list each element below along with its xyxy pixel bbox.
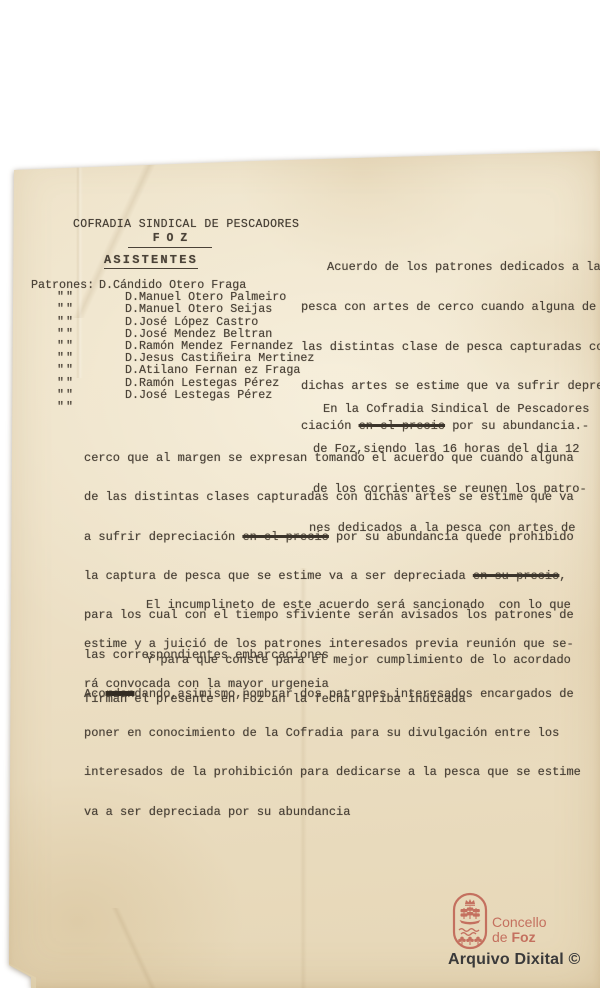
struck-text: en el precio: [242, 530, 328, 544]
text-line: de las distintas clases capturadas con d…: [84, 491, 600, 504]
ditto-mark: "": [31, 340, 125, 352]
text-line: En la Cofradia Sindical de Pescadores: [313, 403, 600, 416]
scanned-document-page: COFRADIA SINDICAL DE PESCADORES F O Z AS…: [0, 0, 600, 988]
attendee-name: D.José Lestegas Pérez: [125, 389, 272, 401]
attendee-row: "": [31, 401, 314, 413]
text-line: pesca con artes de cerco cuando alguna d…: [301, 301, 600, 314]
text-line: Y para que conste para el mejor cumplimi…: [84, 654, 600, 667]
ditto-mark: "": [31, 377, 125, 389]
text-line: firman el presente en Foz an la fecha ar…: [84, 693, 600, 706]
logo-line-1: Concello: [492, 915, 546, 930]
logo-line-2: de Foz: [492, 930, 546, 945]
attendees-heading: ASISTENTES: [104, 253, 198, 269]
text-line: las distintas clase de pesca capturadas …: [301, 341, 600, 354]
text-line: El incumplineto de este acuerdo será san…: [84, 599, 600, 612]
text-line: cerco que al margen se expresan tomando …: [84, 452, 600, 465]
ditto-mark: "": [31, 328, 125, 340]
corner-fold: [6, 953, 36, 988]
ditto-mark: "": [31, 401, 125, 413]
ditto-mark: "": [31, 303, 125, 315]
attendee-name: D.José López Castro: [125, 316, 258, 328]
attendee-row: "" D.Ramón Lestegas Pérez: [31, 377, 314, 389]
attendee-name: D.Ramón Lestegas Pérez: [125, 377, 279, 389]
text-segment: por su abundancia quede prohibido: [329, 530, 574, 544]
closing-paragraph: Y para que conste para el mejor cumplimi…: [84, 627, 600, 733]
attendee-row: "" D.Manuel Otero Seijas: [31, 303, 314, 315]
ditto-mark: "": [31, 291, 125, 303]
text-line: Acuerdo de los patrones dedicados a la: [301, 261, 600, 274]
org-title: COFRADIA SINDICAL DE PESCADORES: [73, 218, 299, 231]
text-segment: de: [492, 929, 511, 945]
attendee-row: "" D.José López Castro: [31, 316, 314, 328]
text-segment: a sufrir depreciación: [84, 530, 242, 544]
concello-de-foz-wordmark: Concello de Foz: [492, 915, 546, 945]
ditto-mark: "": [31, 316, 125, 328]
text-segment: Foz: [511, 929, 535, 945]
attendees-list: Patrones: D.Cándido Otero Fraga "" D.Man…: [31, 279, 314, 413]
attendee-name: D.Atilano Fernan ez Fraga: [125, 364, 300, 376]
text-line: va a ser depreciada por su abundancia: [84, 806, 600, 819]
ditto-mark: "": [31, 389, 125, 401]
concello-de-foz-emblem-icon: [452, 892, 488, 950]
ditto-mark: "": [31, 352, 125, 364]
ditto-mark: "": [31, 364, 125, 376]
archive-watermark: Arquivo Dixital ©: [448, 951, 581, 969]
attendee-name: D.Manuel Otero Seijas: [125, 303, 272, 315]
text-line: a sufrir depreciación en el precio por s…: [84, 531, 600, 544]
place-title: F O Z: [128, 232, 212, 248]
text-line: interesados de la prohibición para dedic…: [84, 766, 600, 779]
attendee-row: "" D.Atilano Fernan ez Fraga: [31, 364, 314, 376]
